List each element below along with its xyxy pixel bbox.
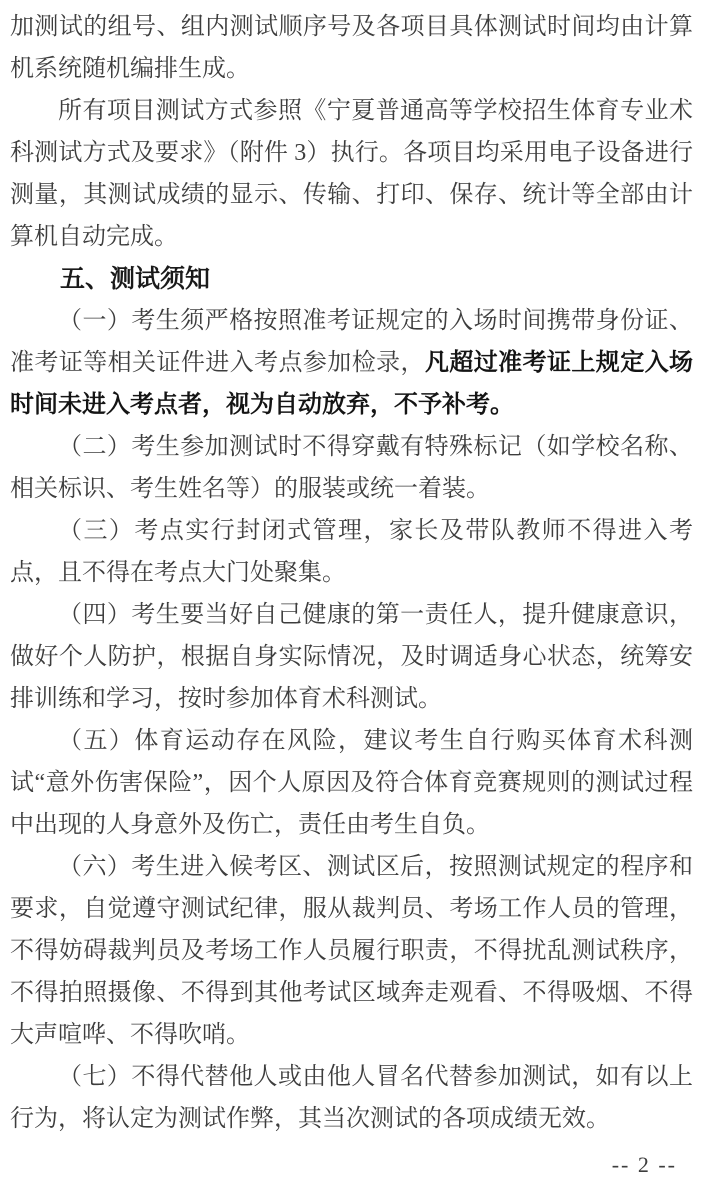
paragraph-item-4: （四）考生要当好自己健康的第一责任人，提升健康意识，做好个人防护，根据自身实际情… bbox=[10, 594, 693, 720]
page-number: -- 2 -- bbox=[10, 1150, 693, 1180]
paragraph-continuation: 加测试的组号、组内测试顺序号及各项目具体测试时间均由计算机系统随机编排生成。 bbox=[10, 6, 693, 90]
paragraph-testing-method: 所有项目测试方式参照《宁夏普通高等学校招生体育专业术科测试方式及要求》（附件 3… bbox=[10, 90, 693, 258]
paragraph-item-3: （三）考点实行封闭式管理，家长及带队教师不得进入考点，且不得在考点大门处聚集。 bbox=[10, 510, 693, 594]
paragraph-item-7: （七）不得代替他人或由他人冒名代替参加测试，如有以上行为，将认定为测试作弊，其当… bbox=[10, 1056, 693, 1140]
paragraph-item-6: （六）考生进入候考区、测试区后，按照测试规定的程序和要求，自觉遵守测试纪律，服从… bbox=[10, 846, 693, 1056]
paragraph-item-1: （一）考生须严格按照准考证规定的入场时间携带身份证、准考证等相关证件进入考点参加… bbox=[10, 300, 693, 426]
document-page: 加测试的组号、组内测试顺序号及各项目具体测试时间均由计算机系统随机编排生成。 所… bbox=[0, 0, 703, 1186]
section-heading: 五、测试须知 bbox=[10, 258, 693, 300]
paragraph-item-2: （二）考生参加测试时不得穿戴有特殊标记（如学校名称、相关标识、考生姓名等）的服装… bbox=[10, 426, 693, 510]
paragraph-item-5: （五）体育运动存在风险，建议考生自行购买体育术科测试“意外伤害保险”，因个人原因… bbox=[10, 720, 693, 846]
